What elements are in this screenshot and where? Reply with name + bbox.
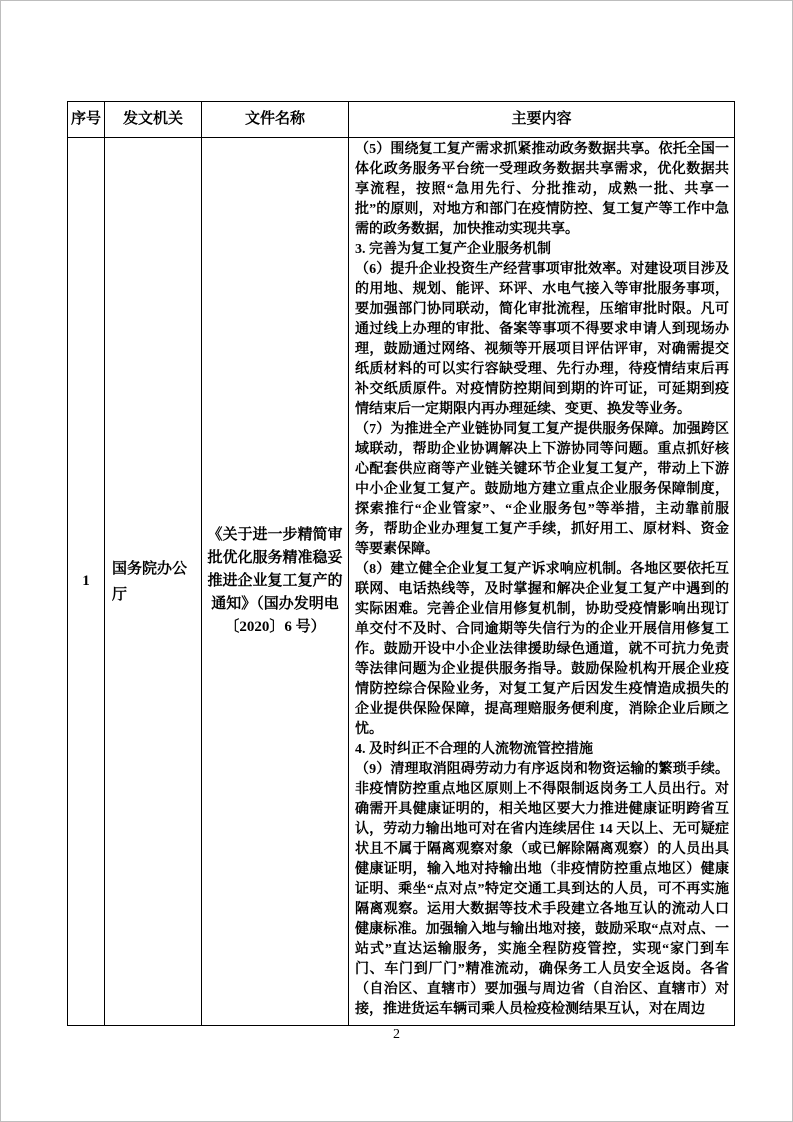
table-header-row: 序号 发文机关 文件名称 主要内容 (68, 102, 735, 138)
document-title: 《关于进一步精简审批优化服务精准稳妥推进企业复工复产的通知》（国办发明电〔202… (202, 138, 349, 1026)
content-paragraph: （5）围绕复工复产需求抓紧推动政务数据共享。依托全国一体化政务服务平台统一受理政… (355, 140, 729, 240)
header-index: 序号 (68, 102, 105, 138)
header-agency: 发文机关 (105, 102, 202, 138)
document-table: 序号 发文机关 文件名称 主要内容 1 国务院办公厅 《关于进一步精简审批优化服… (67, 101, 735, 1026)
content-heading: 4. 及时纠正不合理的人流物流管控措施 (355, 740, 729, 760)
content-paragraph: （6）提升企业投资生产经营事项审批效率。对建设项目涉及的用地、规划、能评、环评、… (355, 260, 729, 420)
document-page: 序号 发文机关 文件名称 主要内容 1 国务院办公厅 《关于进一步精简审批优化服… (0, 0, 793, 1122)
content-paragraph: （8）建立健全企业复工复产诉求响应机制。各地区要依托互联网、电话热线等，及时掌握… (355, 560, 729, 740)
main-content-cell: （5）围绕复工复产需求抓紧推动政务数据共享。依托全国一体化政务服务平台统一受理政… (349, 138, 735, 1026)
row-index: 1 (68, 138, 105, 1026)
content-paragraphs: （5）围绕复工复产需求抓紧推动政务数据共享。依托全国一体化政务服务平台统一受理政… (355, 140, 729, 1020)
header-main-content: 主要内容 (349, 102, 735, 138)
header-document-title: 文件名称 (202, 102, 349, 138)
content-paragraph: （7）为推进全产业链协同复工复产提供服务保障。加强跨区域联动，帮助企业协调解决上… (355, 420, 729, 560)
page-number: 2 (1, 1027, 792, 1043)
content-paragraph: （9）清理取消阻碍劳动力有序返岗和物资运输的繁琐手续。非疫情防控重点地区原则上不… (355, 760, 729, 1020)
content-heading: 3. 完善为复工复产企业服务机制 (355, 240, 729, 260)
issuing-agency: 国务院办公厅 (105, 138, 202, 1026)
table-row: 1 国务院办公厅 《关于进一步精简审批优化服务精准稳妥推进企业复工复产的通知》（… (68, 138, 735, 1026)
